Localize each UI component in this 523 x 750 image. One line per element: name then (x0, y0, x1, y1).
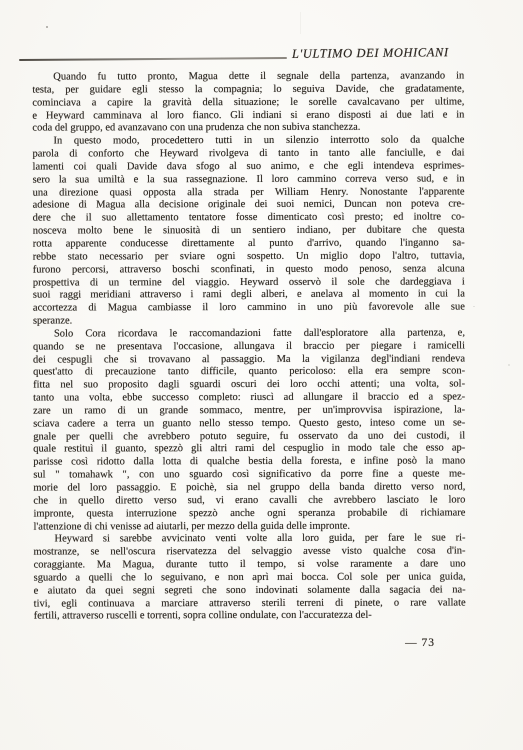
text-line: coraggiante. Ma Magua, durante tutto il … (34, 558, 466, 572)
running-header-title: L'ULTIMO DEI MOHICANI (292, 45, 449, 62)
text-line: e aiutato da quei segni segreti che sono… (34, 584, 466, 598)
scan-speck (473, 306, 475, 307)
text-line: lamenti coi quali Davide dava sfogo al s… (33, 160, 465, 174)
text-line: morie del loro passaggio. E poichè, sia … (33, 481, 465, 495)
text-line: prospettiva di un termine del viaggio. H… (33, 276, 465, 290)
text-line: Quando fu tutto pronto, Magua dette il s… (32, 70, 464, 84)
text-line: sul " tomahawk ", con uno sguardo così s… (33, 469, 465, 483)
text-line: che in quello diretto verso sud, vi eran… (33, 494, 465, 508)
text-line: Solo Cora ricordava le raccomandazioni f… (33, 327, 465, 341)
text-line: una direzione quasi opposta alla strada … (33, 186, 465, 200)
text-line: e Heyward camminava al loro fianco. Gli … (32, 109, 464, 123)
text-block: Quando fu tutto pronto, Magua dette il s… (32, 70, 465, 623)
book-page: L'ULTIMO DEI MOHICANI Quando fu tutto pr… (0, 0, 523, 750)
text-line: rotta apparente conducesse direttamente … (33, 237, 465, 251)
text-line: dere che il suo allettamento tentatore f… (33, 212, 465, 226)
text-line: impronte, questa interruzione spezzò anc… (33, 507, 465, 521)
text-line: nosceva molto bene le sinuosità di un se… (33, 225, 465, 239)
text-line: fitta nel suo proposito dagli sguardi os… (33, 379, 465, 393)
text-line: gnale per quelli che avrebbero potuto se… (33, 430, 465, 444)
text-line: accortezza di Magua cambiasse il loro ca… (33, 302, 465, 316)
text-line: mostranze, se nell'oscura riservatezza d… (34, 546, 466, 560)
header-rule (19, 57, 287, 61)
text-line: coda del gruppo, ed avanzavano con una p… (32, 122, 464, 136)
scan-speck (508, 364, 510, 366)
paragraph: Heyward si sarebbe avvicinato venti volt… (33, 533, 465, 624)
text-line: tanto una volta, ebbe successo completo:… (33, 392, 465, 406)
page-number: — 73 (405, 637, 435, 649)
text-line: sero la sua umiltà e la sua rassegnazion… (33, 173, 465, 187)
text-line: parola di conforto che Heyward rivolgeva… (32, 147, 464, 161)
text-line: cominciava a capire la gravità della sit… (32, 96, 464, 110)
text-line: furono percorsi, attraverso boschi sconf… (33, 263, 465, 277)
text-line: zare un ramo di un grande sommaco, mentr… (33, 404, 465, 418)
paragraph: In questo modo, procedettero tutti in un… (32, 135, 465, 329)
text-line: testa, per guidare egli stesso la compag… (32, 83, 464, 97)
text-line: fertili, attraverso ruscelli e torrenti,… (34, 610, 466, 624)
text-line: tivi, egli continuava a marciare attrave… (34, 597, 466, 611)
text-line: sguardo a quelli che lo seguivano, e non… (34, 571, 466, 585)
text-line: Heyward si sarebbe avvicinato venti volt… (33, 533, 465, 547)
scan-speck (46, 26, 48, 28)
text-line: rebbe stato necessario per sviare ogni s… (33, 250, 465, 264)
text-line: sciava cadere a terra un guanto nello st… (33, 417, 465, 431)
paragraph: Solo Cora ricordava le raccomandazioni f… (33, 327, 466, 534)
text-line: In questo modo, procedettero tutti in un… (32, 135, 464, 149)
paragraph: Quando fu tutto pronto, Magua dette il s… (32, 70, 464, 135)
scan-speck (300, 12, 301, 34)
text-line: speranze. (33, 314, 465, 328)
text-line: quando se ne presentava l'occasione, all… (33, 340, 465, 354)
